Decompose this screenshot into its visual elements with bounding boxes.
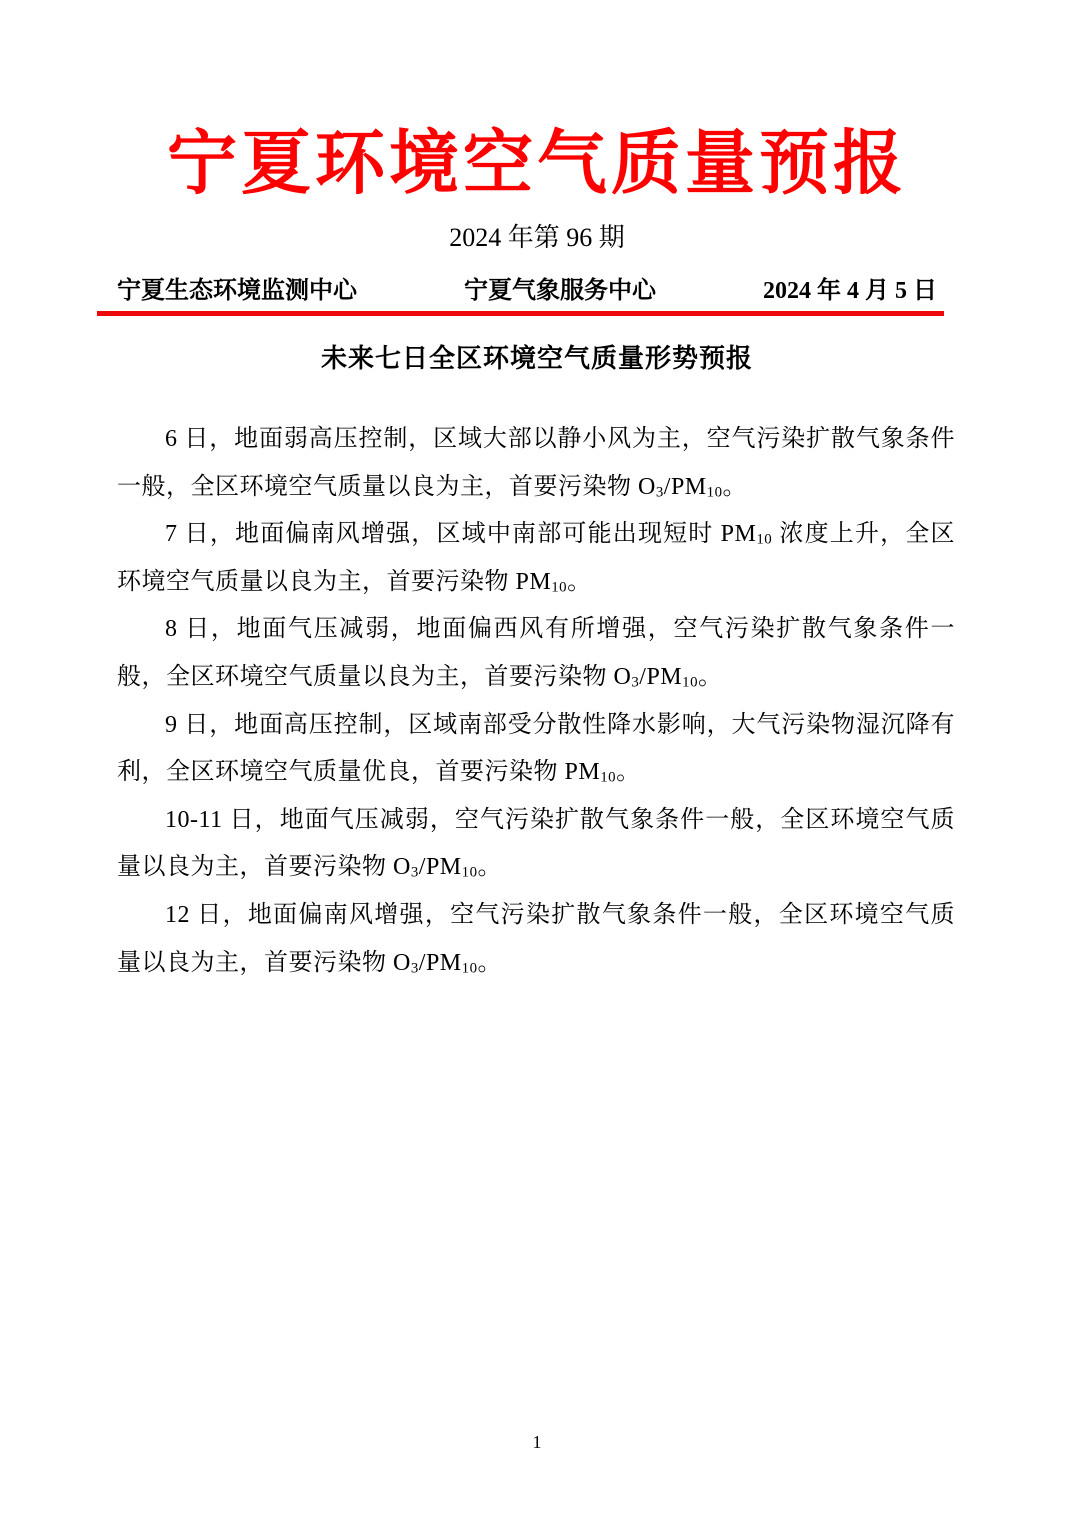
- forecast-paragraph-day8: 8 日，地面气压减弱，地面偏西风有所增强，空气污染扩散气象条件一般，全区环境空气…: [117, 606, 955, 701]
- issue-date: 2024 年 4 月 5 日: [763, 274, 937, 308]
- forecast-paragraph-day9: 9 日，地面高压控制，区域南部受分散性降水影响，大气污染物湿沉降有利，全区环境空…: [117, 702, 955, 797]
- forecast-paragraph-day7: 7 日，地面偏南风增强，区域中南部可能出现短时 PM10 浓度上升，全区环境空气…: [117, 511, 955, 606]
- document-title: 宁夏环境空气质量预报: [0, 120, 1074, 210]
- forecast-paragraph-day10-11: 10-11 日，地面气压减弱，空气污染扩散气象条件一般，全区环境空气质量以良为主…: [117, 797, 955, 892]
- forecast-paragraph-day6: 6 日，地面弱高压控制，区域大部以静小风为主，空气污染扩散气象条件一般，全区环境…: [117, 416, 955, 511]
- header-rule: [97, 311, 944, 316]
- org-monitoring-center: 宁夏生态环境监测中心: [117, 274, 357, 308]
- forecast-body: 6 日，地面弱高压控制，区域大部以静小风为主，空气污染扩散气象条件一般，全区环境…: [117, 416, 955, 987]
- forecast-paragraph-day12: 12 日，地面偏南风增强，空气污染扩散气象条件一般，全区环境空气质量以良为主，首…: [117, 892, 955, 987]
- page-number: 1: [0, 1430, 1074, 1454]
- org-weather-center: 宁夏气象服务中心: [464, 274, 656, 308]
- document-page: 宁夏环境空气质量预报 2024 年第 96 期 宁夏生态环境监测中心 宁夏气象服…: [0, 0, 1074, 1520]
- section-title: 未来七日全区环境空气质量形势预报: [0, 339, 1074, 379]
- masthead-row: 宁夏生态环境监测中心 宁夏气象服务中心 2024 年 4 月 5 日: [117, 274, 937, 308]
- issue-number: 2024 年第 96 期: [0, 220, 1074, 256]
